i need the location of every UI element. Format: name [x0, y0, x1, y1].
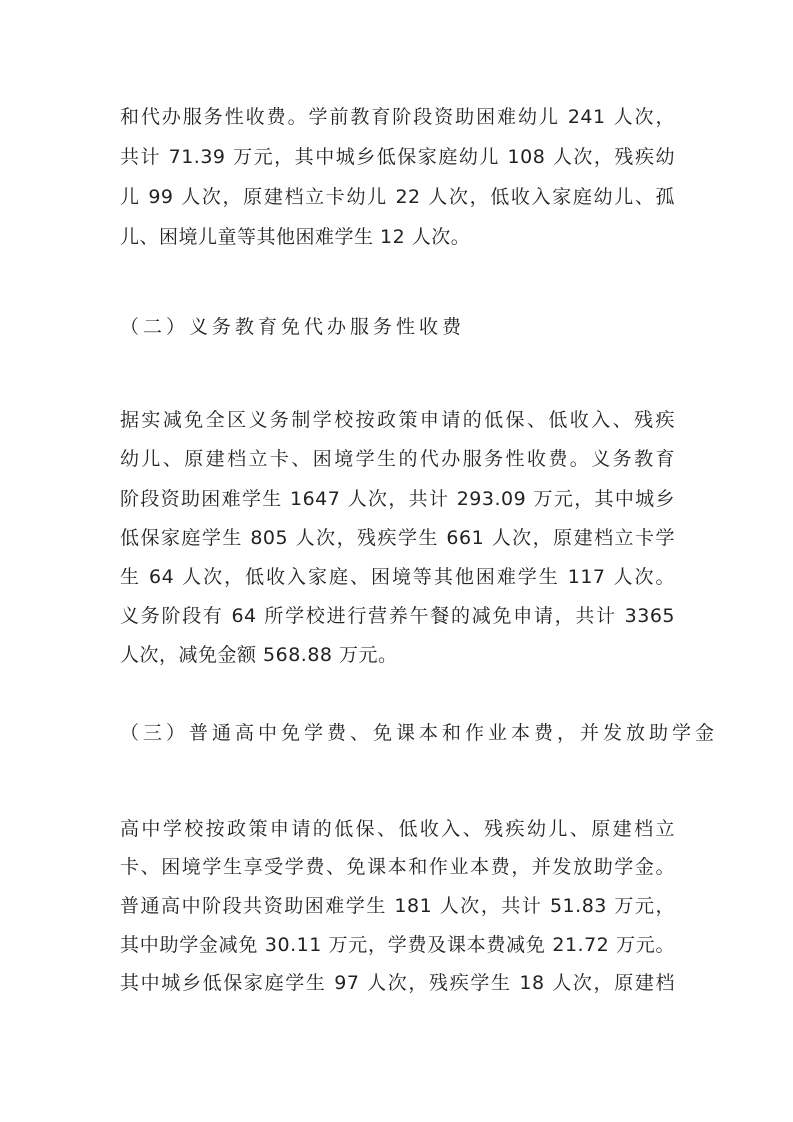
paragraph-line: 低保家庭学生 805 人次，残疾学生 661 人次，原建档立卡学	[120, 523, 675, 553]
paragraph-line: 高中学校按政策申请的低保、低收入、残疾幼儿、原建档立	[120, 814, 675, 844]
paragraph-line: 普通高中阶段共资助困难学生 181 人次，共计 51.83 万元，	[120, 891, 675, 921]
paragraph-line: 人次，减免金额 568.88 万元。	[120, 640, 675, 670]
paragraph-line: 生 64 人次，低收入家庭、困境等其他困难学生 117 人次。	[120, 562, 675, 592]
paragraph-line: 幼儿、原建档立卡、困境学生的代办服务性收费。义务教育	[120, 444, 675, 474]
paragraph-line: 和代办服务性收费。学前教育阶段资助困难幼儿 241 人次，	[120, 102, 675, 132]
document-page: 和代办服务性收费。学前教育阶段资助困难幼儿 241 人次， 共计 71.39 万…	[0, 0, 793, 1122]
paragraph-line: 其中助学金减免 30.11 万元，学费及课本费减免 21.72 万元。	[120, 930, 675, 960]
paragraph-line: 据实减免全区义务制学校按政策申请的低保、低收入、残疾	[120, 405, 675, 435]
paragraph-line: 儿、困境儿童等其他困难学生 12 人次。	[120, 222, 675, 252]
paragraph-line: 阶段资助困难学生 1647 人次，共计 293.09 万元，其中城乡	[120, 484, 675, 514]
paragraph-line: 卡、困境学生享受学费、免课本和作业本费，并发放助学金。	[120, 852, 675, 882]
paragraph-line: 儿 99 人次，原建档立卡幼儿 22 人次，低收入家庭幼儿、孤	[120, 182, 675, 212]
paragraph-line: 共计 71.39 万元，其中城乡低保家庭幼儿 108 人次，残疾幼	[120, 142, 675, 172]
paragraph-line: 其中城乡低保家庭学生 97 人次，残疾学生 18 人次，原建档	[120, 968, 675, 998]
section-heading: （二）义务教育免代办服务性收费	[120, 312, 465, 342]
paragraph-line: 义务阶段有 64 所学校进行营养午餐的减免申请，共计 3365	[120, 601, 675, 631]
section-heading: （三）普通高中免学费、免课本和作业本费，并发放助学金	[120, 718, 718, 748]
